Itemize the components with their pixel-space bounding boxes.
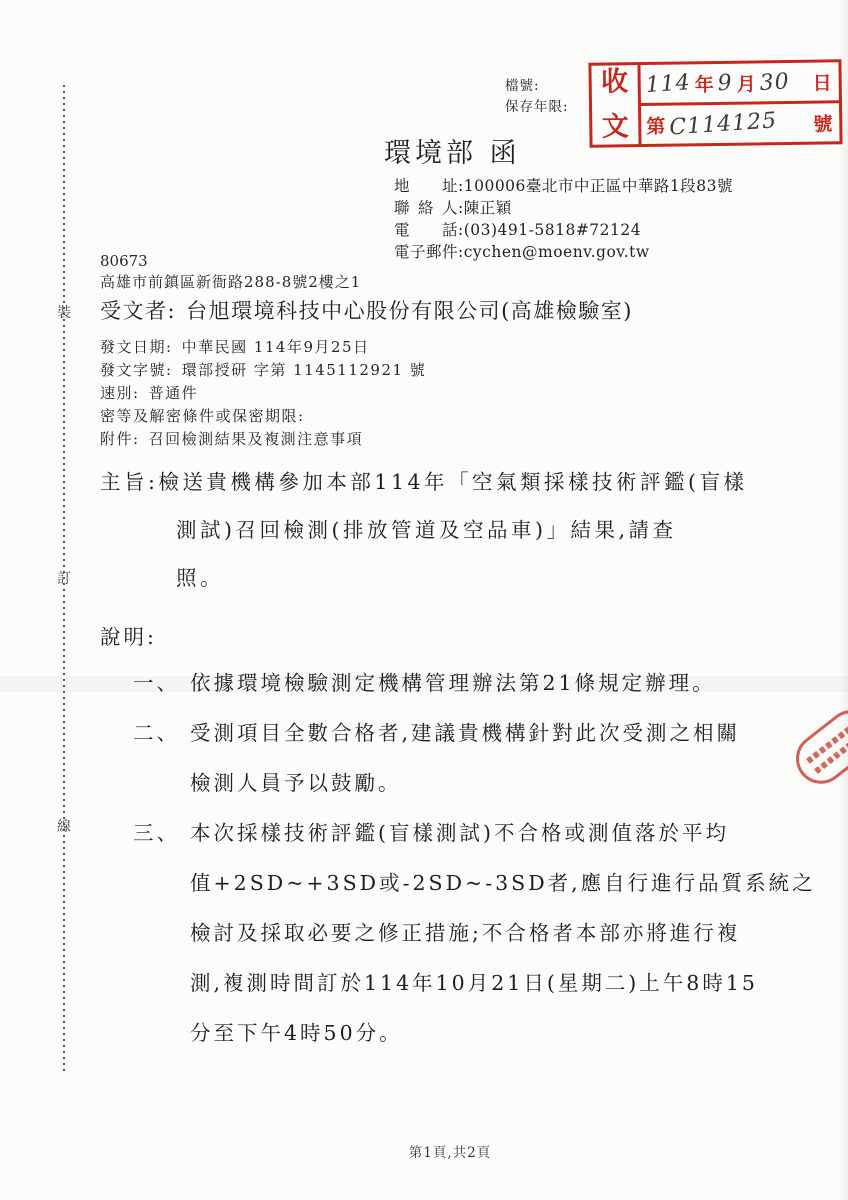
receipt-stamp-fields: 114 年 9 月 30 日 第 C114125 號 [640,62,839,144]
day-unit: 日 [813,68,834,95]
month-unit: 月 [737,69,756,96]
receipt-stamp: 收 文 114 年 9 月 30 日 第 C114125 號 [588,59,842,148]
item-2-line-2: 檢測人員予以鼓勵。 [133,758,813,808]
item-1-number: 一、 [133,658,190,708]
handwritten-day: 30 [759,69,791,96]
binding-char-xian: 線 [55,816,73,836]
item-3-line-1: 三、本次採樣技術評鑑(盲樣測試)不合格或測值落於平均 [133,808,813,858]
recipient-label: 受文者: [100,299,176,323]
subject-text: 檢送貴機構參加本部114年「空氣類採樣技術評鑑(盲樣 [158,470,747,494]
contact-info: 地址:100006臺北市中正區中華路1段83號 聯絡人:陳正穎 電話:(03)4… [394,175,733,263]
explanation-label: 說明: [100,620,157,650]
contact-phone-row: 電話:(03)491-5818#72124 [394,219,733,241]
contact-address-value: 100006臺北市中正區中華路1段83號 [464,177,733,195]
stamp-char-shou: 收 [601,66,628,99]
item-1-line-1: 一、依據環境檢驗測定機構管理辦法第21條規定辦理。 [133,658,813,708]
binding-char-zhuang: 裝 [55,302,73,322]
subject-line-1: 主旨:檢送貴機構參加本部114年「空氣類採樣技術評鑑(盲樣 [100,458,790,506]
priority-label: 速別: [100,384,140,402]
stamp-char-wen: 文 [602,111,629,144]
attachment-value: 召回檢測結果及複測注意事項 [149,430,364,448]
issue-number-value: 環部授研 字第 1145112921 號 [182,361,427,379]
priority-value: 普通件 [149,384,199,402]
recipient-name: 台旭環境科技中心股份有限公司(高雄檢驗室) [186,299,633,323]
item-3-line-2: 值+2SD~+3SD或-2SD~-3SD者,應自行進行品質系統之 [133,858,813,908]
item-3-line-4: 測,複測時間訂於114年10月21日(星期二)上午8時15 [133,958,813,1008]
file-number-label: 檔號: [505,76,569,97]
subject-block: 主旨:檢送貴機構參加本部114年「空氣類採樣技術評鑑(盲樣 測試)召回檢測(排放… [100,458,790,602]
item-3-line-5: 分至下午4時50分。 [133,1008,813,1058]
item-2-line-1: 二、受測項目全數合格者,建議貴機構針對此次受測之相關 [133,708,813,758]
issue-number-label: 發文字號: [100,361,173,379]
binding-char-ding: 訂 [55,568,73,588]
explanation-items: 一、依據環境檢驗測定機構管理辦法第21條規定辦理。 二、受測項目全數合格者,建議… [133,658,813,1058]
handwritten-month: 9 [717,70,734,96]
scanned-letter-page: 裝 訂 線 檔號: 保存年限: 收 文 114 年 9 月 30 日 第 C11… [0,0,848,1200]
issue-date-row: 發文日期:中華民國 114年9月25日 [100,336,426,359]
retention-period-label: 保存年限: [505,97,569,118]
contact-email-value: cychen@moenv.gov.tw [464,243,650,261]
letter-title: 環境部 函 [384,131,521,170]
receipt-number-row: 第 C114125 號 [641,103,840,144]
item-2-number: 二、 [133,708,190,758]
priority-row: 速別:普通件 [100,382,426,405]
subject-line-3: 照。 [100,554,790,602]
contact-address-label: 地址 [394,175,458,197]
recipient-row: 受文者:台旭環境科技中心股份有限公司(高雄檢驗室) [100,295,633,325]
item-2-text: 受測項目全數合格者,建議貴機構針對此次受測之相關 [190,721,740,745]
receipt-date-row: 114 年 9 月 30 日 [640,62,839,106]
recipient-zip: 80673 [100,252,148,270]
subject-line-2: 測試)召回檢測(排放管道及空品車)」結果,請查 [100,506,790,554]
issue-date-label: 發文日期: [100,338,173,356]
scan-artifact-edge [838,0,848,1200]
item-3-text: 本次採樣技術評鑑(盲樣測試)不合格或測值落於平均 [190,821,729,845]
issue-number-row: 發文字號:環部授研 字第 1145112921 號 [100,359,426,382]
subject-label: 主旨: [100,470,158,494]
receipt-stamp-shouwen: 收 文 [591,65,641,145]
number-prefix: 第 [646,111,665,138]
handwritten-year: 114 [645,70,692,98]
year-unit: 年 [695,70,714,97]
contact-email-label: 電子郵件 [394,241,458,263]
attachment-label: 附件: [100,430,140,448]
file-labels: 檔號: 保存年限: [505,76,569,118]
issue-date-value: 中華民國 114年9月25日 [182,338,370,356]
meta-fields: 發文日期:中華民國 114年9月25日 發文字號:環部授研 字第 1145112… [100,336,426,451]
recipient-address: 高雄市前鎮區新衙路288-8號2樓之1 [100,271,361,292]
handwritten-number: C114125 [669,108,778,140]
contact-phone-value: (03)491-5818#72124 [464,221,641,239]
page-number: 第1頁,共2頁 [90,1141,810,1161]
contact-person-label: 聯絡人 [394,197,458,219]
item-3-line-3: 檢討及採取必要之修正措施;不合格者本部亦將進行複 [133,908,813,958]
contact-address-row: 地址:100006臺北市中正區中華路1段83號 [394,175,733,197]
item-1-text: 依據環境檢驗測定機構管理辦法第21條規定辦理。 [190,671,716,695]
side-stamp [792,722,848,812]
contact-person-value: 陳正穎 [464,199,512,217]
security-label: 密等及解密條件或保密期限: [100,407,305,425]
number-suffix: 號 [813,109,834,136]
contact-person-row: 聯絡人:陳正穎 [394,197,733,219]
contact-email-row: 電子郵件:cychen@moenv.gov.tw [394,241,733,263]
security-row: 密等及解密條件或保密期限: [100,405,426,428]
item-3-number: 三、 [133,808,190,858]
attachment-row: 附件:召回檢測結果及複測注意事項 [100,428,426,451]
contact-phone-label: 電話 [394,219,458,241]
